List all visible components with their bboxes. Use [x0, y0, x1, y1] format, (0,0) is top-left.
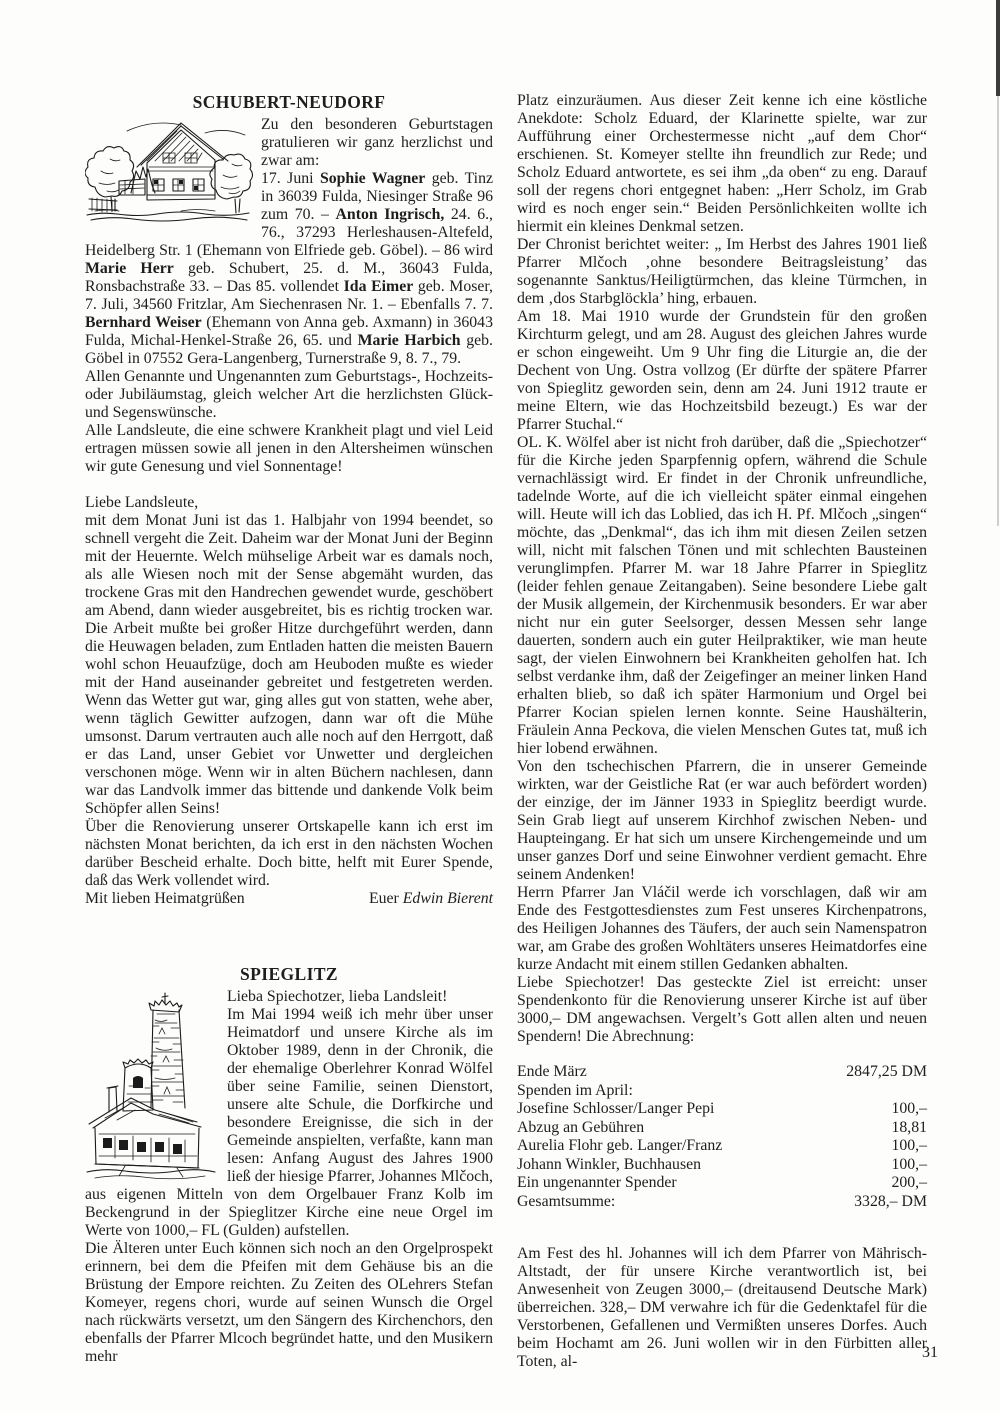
donation-label: Josefine Schlosser/Langer Pepi	[517, 1100, 714, 1119]
donation-label: Ende März	[517, 1063, 587, 1082]
donation-row: Ein ungenannter Spender 200,–	[517, 1174, 927, 1193]
donation-amount: 100,–	[891, 1137, 927, 1156]
section-schubert-neudorf: SCHUBERT-NEUDORF	[85, 92, 493, 908]
section-title-spieglitz: SPIEGLITZ	[85, 964, 493, 985]
donation-row: Aurelia Flohr geb. Langer/Franz 100,–	[517, 1137, 927, 1156]
para-kirchturm: Am 18. Mai 1910 wurde der Grundstein für…	[517, 308, 927, 434]
para-vlacil: Herrn Pfarrer Jan Vláčil werde ich vorsc…	[517, 884, 927, 974]
church-illustration	[85, 990, 217, 1182]
page-number: 31	[922, 1344, 938, 1362]
para-chronist: Der Chronist berichtet weiter: „ Im Herb…	[517, 236, 927, 308]
para-woelfel: OL. K. Wölfel aber ist nicht froh darübe…	[517, 434, 927, 758]
signature-row: Mit lieben Heimatgrüßen Euer Edwin Biere…	[85, 890, 493, 908]
donation-amount: 100,–	[891, 1100, 927, 1119]
donation-amount: 100,–	[891, 1156, 927, 1175]
scan-edge-artifact-light	[997, 96, 999, 526]
donation-label: Ein ungenannter Spender	[517, 1174, 677, 1193]
section-spieglitz: SPIEGLITZ	[85, 964, 493, 1366]
spieglitz-body: Lieba Spiechotzer, lieba Landsleit! Im M…	[85, 988, 493, 1366]
schubert-juni: mit dem Monat Juni ist das 1. Halbjahr v…	[85, 512, 493, 818]
schubert-body: Zu den besonderen Geburtstagen gratulier…	[85, 116, 493, 908]
donation-amount: 18,81	[891, 1119, 927, 1138]
signature-greeting: Mit lieben Heimatgrüßen	[85, 890, 245, 908]
donation-row: Gesamtsumme: 3328,– DM	[517, 1193, 927, 1212]
donation-label: Johann Winkler, Buchhausen	[517, 1156, 701, 1175]
donation-row: Ende März 2847,25 DM	[517, 1063, 927, 1082]
donation-row: Spenden im April:	[517, 1082, 927, 1101]
donation-row: Abzug an Gebühren 18,81	[517, 1119, 927, 1138]
donation-amount: 200,–	[891, 1174, 927, 1193]
newsletter-page: SCHUBERT-NEUDORF	[0, 0, 1000, 1412]
para-anekdote: Platz einzuräumen. Aus dieser Zeit kenne…	[517, 92, 927, 236]
signature-name: Euer Edwin Bierent	[369, 890, 493, 908]
donation-amount: 3328,– DM	[854, 1193, 927, 1212]
schubert-kapelle: Über die Renovierung unserer Ortskapelle…	[85, 818, 493, 890]
left-column: SCHUBERT-NEUDORF	[85, 92, 493, 1366]
para-pfarrern: Von den tschechischen Pfarrern, die in u…	[517, 758, 927, 884]
salutation-landsleute: Liebe Landsleute,	[85, 494, 493, 512]
donation-label: Gesamtsumme:	[517, 1193, 615, 1212]
section-title-schubert-neudorf: SCHUBERT-NEUDORF	[85, 92, 493, 113]
para-spenden: Liebe Spiechotzer! Das gesteckte Ziel is…	[517, 974, 927, 1046]
scan-edge-artifact	[996, 0, 1000, 96]
donation-amount: 2847,25 DM	[846, 1063, 927, 1082]
donation-label: Aurelia Flohr geb. Langer/Franz	[517, 1137, 722, 1156]
right-column: Platz einzuräumen. Aus dieser Zeit kenne…	[517, 92, 927, 1371]
farmhouse-illustration	[85, 119, 253, 223]
spieglitz-orgel: Die Älteren unter Euch können sich noch …	[85, 1240, 493, 1366]
donation-label: Abzug an Gebühren	[517, 1119, 644, 1138]
schubert-health: Alle Landsleute, die eine schwere Krankh…	[85, 422, 493, 476]
donation-table: Ende März 2847,25 DM Spenden im April: J…	[517, 1063, 927, 1211]
donation-row: Johann Winkler, Buchhausen 100,–	[517, 1156, 927, 1175]
donation-row: Josefine Schlosser/Langer Pepi 100,–	[517, 1100, 927, 1119]
donation-label: Spenden im April:	[517, 1082, 633, 1101]
schubert-wishes: Allen Genannte und Ungenannten zum Gebur…	[85, 368, 493, 422]
para-fest: Am Fest des hl. Johannes will ich dem Pf…	[517, 1245, 927, 1371]
